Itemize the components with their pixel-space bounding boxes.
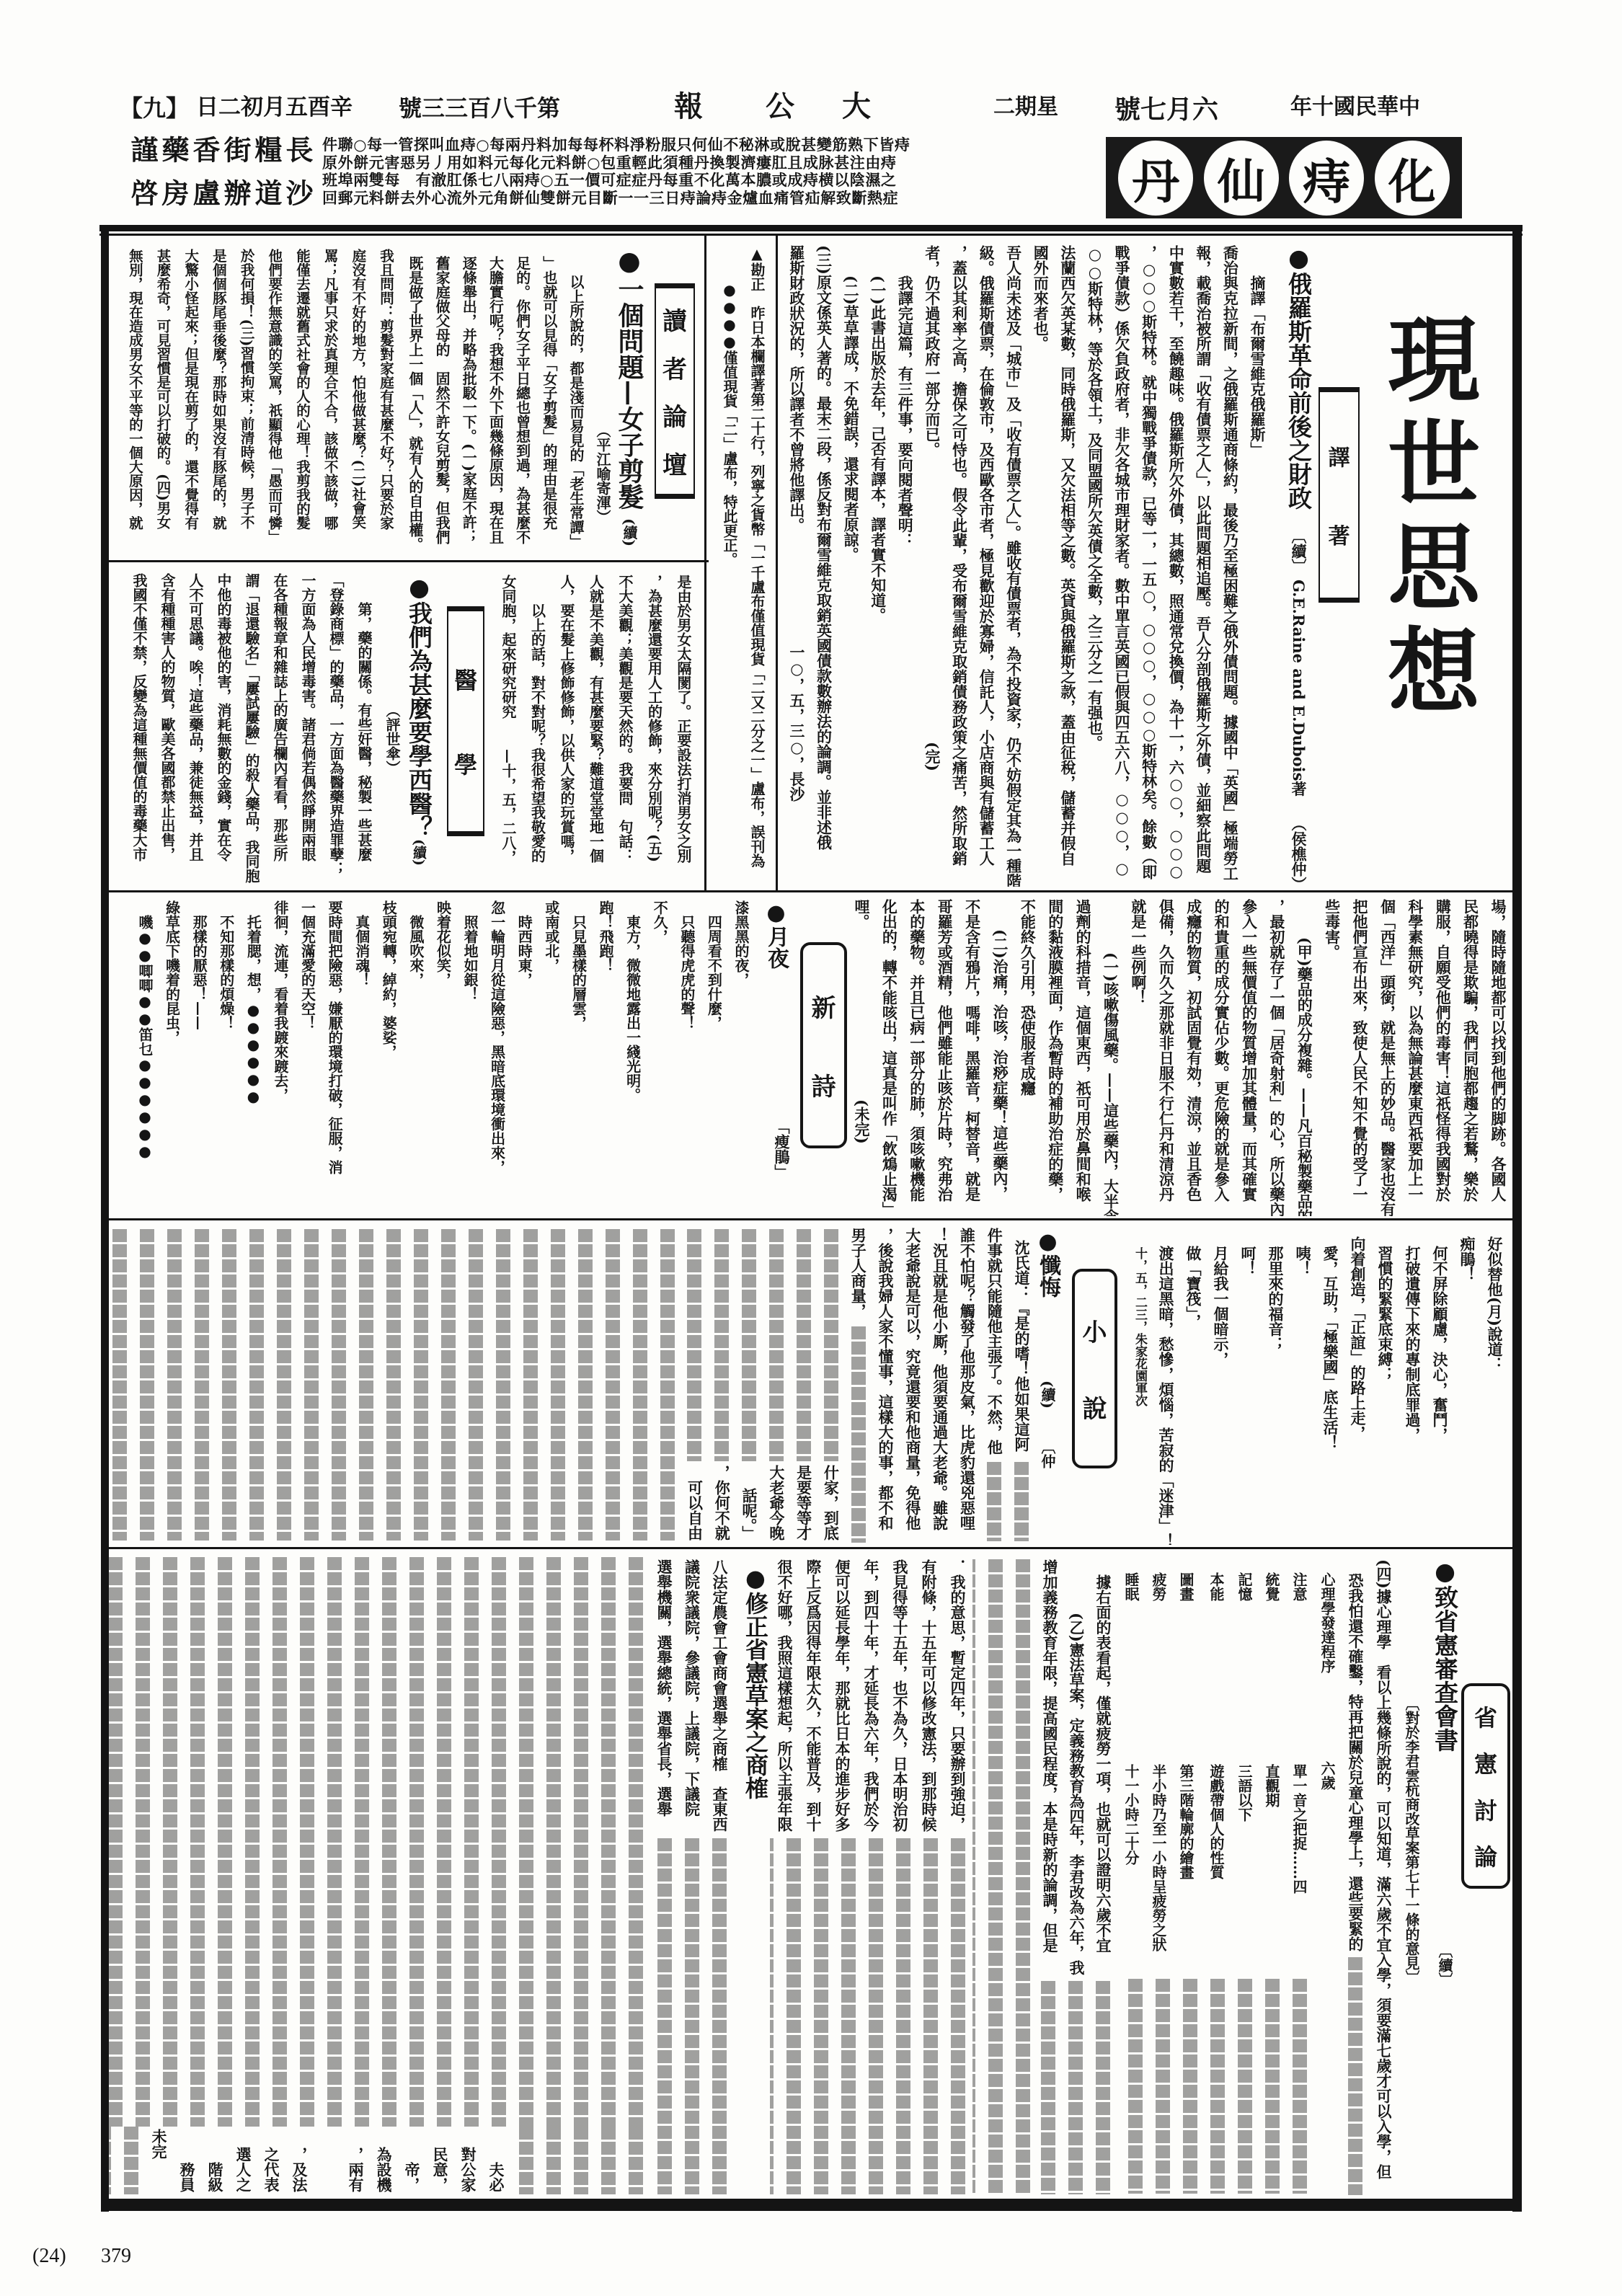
revision-text-column-tail: 夫必 — [482, 2162, 510, 2192]
label-char: 者 — [662, 350, 687, 385]
letter-text-column-text: (乙)憲法草案，定義務教育為四年，李君改為六年，我 — [1063, 1613, 1090, 1975]
medicine-text-column: 俱備，久而久之那就非日服不行仁丹和清涼丹 — [1152, 899, 1179, 1216]
poem-line: 不久， — [646, 900, 673, 1218]
new-poetry-label-box: 新 詩 — [800, 942, 847, 1148]
poem-line: 東方，微微地露出一綫光明。 — [619, 900, 646, 1218]
story-text-column-tail: 什家，到底 — [817, 1465, 845, 1541]
correction-text-column-text: ●●●●僅值現貨「二」盧布，特此更正。 — [716, 281, 743, 567]
poem-line: 愛，互助，「極樂國」底生活！ — [1316, 1236, 1344, 1545]
article-text-column-text: (一)此書出版於去年，己否有譯本，譯者實不知道。 — [864, 275, 892, 623]
article-text-column: 者，仍不過其政府一部分而已。(完) — [918, 245, 946, 887]
article-text-column: 法蘭西欠英某數，同時俄羅斯，又欠法相等之數。英貸與俄羅斯之款，蓋由征稅，儲蓄并假… — [1054, 245, 1081, 887]
medicine-text-column-text: 間的黏液膜裡面，作為暫時的補助治症的藥， — [1041, 899, 1068, 1202]
forum-text-column-text: 罵；凡事只求於真理合不合，該做不該做，哪 — [316, 249, 344, 530]
medicine-text-column: 謂「退還驗名」「屢試屢驗」的殺人藥品，我同胞 — [237, 573, 265, 887]
pill-ad-char-circle: 丹 — [1118, 141, 1193, 216]
forum-text-column: 不大美觀；美觀是要天然的。我要問 句話： — [611, 575, 640, 886]
revision-text-column-text: 八法定農會工會商會選舉之商榷 查東西 — [706, 1559, 734, 1832]
medicine-text-column-text: 成癮的物質，初試固覺有効，清涼，並且香色 — [1179, 899, 1207, 1202]
label-char: 譯 — [1329, 440, 1350, 471]
medicine-text-column-tail: (未完) — [848, 1099, 875, 1144]
table-row-label: 統覺 — [1258, 1572, 1285, 1601]
ad-name-column-text: 街辦 — [220, 136, 251, 210]
story-text-column-text: 沈氏道：『是的嗜！他如果這阿 — [1008, 1240, 1035, 1452]
forum-text-column: 以上的話，對不對呢？我很希望我敬愛的 — [523, 575, 552, 886]
forum-text-column-text: 人，要在髮上修飾修飾，以供人家的玩賞嗎， — [552, 575, 582, 863]
medicine-label-box: 醫 學 — [447, 606, 484, 836]
table-row-drawing: 圖畫 第三階輪廓的繪畫 — [1172, 1572, 1200, 1976]
forum-article-body-a: 以上所說的，都是淺而易見的「老生常譚」」也就可以見得「女子剪髮」的理由是很充足的… — [402, 256, 589, 559]
table-row-label: 記憶 — [1231, 1572, 1258, 1601]
poem-line-text: 忽一輪明月從這險惡，黑暗底環境衝出來， — [483, 900, 510, 1174]
poem-line-text: 好似替他(月)說道： — [1481, 1236, 1508, 1372]
poem-line-text: 只聽得虎虎的聲！ — [673, 915, 700, 1030]
label-char: 論 — [662, 397, 687, 433]
medicine-text-column: 化出的，轉不能咳出，這真是叫作「飲鴆止渴」 — [875, 899, 903, 1216]
article-text-column-text: 戰爭債款）係欠負政府者，非欠各城市理財家者。數中單言英國已假與四五六八，○○○，… — [1108, 245, 1135, 877]
article-body: 摘譯「布爾雪維克俄羅斯」喬治與克拉新間，之俄羅斯通商條約，最後乃至極困難之俄外債… — [783, 245, 1271, 887]
poem-line: 嘰●●唧唧●●笛乜●●●●●● — [130, 900, 158, 1218]
poem-line-text: 漆黑黑的夜， — [727, 900, 754, 987]
forum-text-column: 足的。你們女子平日總也曾想到過，為甚麼不 — [508, 256, 535, 559]
poem-line-text: 或南或北， — [537, 900, 564, 972]
poem-lines: 漆黑黑的夜，四周看不到什麼，只聽得虎虎的聲！不久，東方，微微地露出一綫光明。跑！… — [130, 900, 754, 1218]
table-title: 心理學發達程序 — [1313, 1572, 1341, 1673]
table-value-age6: 直觀期 — [1258, 1764, 1285, 1807]
ad-name-column-text: 長沙 — [282, 136, 313, 210]
medicine-text-column-text: 一方面為人民增毒害。諸君倘若偶然睜開兩眼 — [293, 573, 322, 861]
divider-band-3 — [109, 1547, 1512, 1549]
article-text-column-text: 羅斯財政狀況的，所以譯者不曾將他譯出。 — [783, 245, 810, 533]
forum-text-column-text: 是個個豚尾垂後麼？那時如果沒有豚尾的，就 — [204, 249, 232, 530]
poem-line: 一個充滿愛的天空！ — [293, 900, 321, 1218]
poem-line-text: 打破遺傳下來的專制底罪過， — [1399, 1246, 1426, 1442]
table-row-label: 本能 — [1202, 1572, 1230, 1601]
table-row-fatigue: 疲勞 半小時乃至一小時呈疲勞之狀 — [1145, 1572, 1172, 1976]
letter-text-column-text: 增加義務教育年限，提高國民程度，本是時新的論調，但是 — [1037, 1559, 1063, 1953]
medicine-text-column: 購服，自願受他們的毒害！這祇怪得我國對於 — [1429, 899, 1456, 1216]
medicine-text-column: 本的藥物。并且已病一部分的肺，須咳嗽機能 — [903, 899, 930, 1216]
table-row-sleep: 睡眠 十一小時二十分 — [1117, 1572, 1145, 1976]
poem-line: 做「寶筏」， — [1179, 1236, 1207, 1545]
story-text-column-text: ，後說我婦人家不懂事，這樣大的事，都不和 — [872, 1228, 899, 1530]
untranscribed-text-columns — [108, 2127, 145, 2194]
medicine-article-title: ●我們為甚麼要學西醫？ — [405, 573, 433, 839]
forum-text-column: 甚麼希奇，可見習慣是可以打破的。(四)男女 — [149, 249, 177, 557]
poem-line-text: 只見墨樣的層雲， — [564, 915, 592, 1030]
revision-text-column-tail: 選人之 — [229, 2147, 257, 2192]
constitution-label-box: 省 憲 討 論 — [1461, 1683, 1510, 1889]
forum-text-column-text: 大膽實行呢？我想不外下面幾條原因，現在且 — [482, 256, 508, 544]
continued-marker: (續) — [1039, 1380, 1056, 1409]
letter-heading: ●致省憲審查會書〔續〕 — [1432, 1557, 1457, 1987]
column-title: 現世思想 — [1378, 311, 1473, 727]
forum-text-column: 於我何損！(三)習慣拘束；前清時候，男子不 — [232, 249, 260, 557]
forum-text-column: 是個個豚尾垂後麼？那時如果沒有豚尾的，就 — [204, 249, 232, 557]
fiction-label-box: 小 說 — [1072, 1269, 1117, 1468]
article-text-column: 摘譯「布爾雪維克俄羅斯」 — [1244, 245, 1271, 887]
poem-line-text: 托着腮，想，●●●●●● — [239, 915, 267, 1105]
forum-article-body-c: 是由於男女太隔閡了。正要設法打消男女之別，為甚麼還要用人工的修飾，來分別呢？(五… — [493, 575, 698, 886]
poem-line: 跑！飛跑！ — [591, 900, 619, 1218]
article-text-column-text: 報，載喬治被所謂「收有債票之人」，以此問題相追壓。吾人分剖俄羅斯之外債，並細察此… — [1189, 245, 1217, 874]
medicine-text-column: 不能終久引用，恐使服者成癮 — [1014, 899, 1041, 1216]
untranscribed-text-columns — [980, 1462, 1035, 1541]
forum-article-title: ●一個問題—女子剪髮 — [614, 246, 644, 510]
fine-print-row: 件聯○每一管探叫血痔○每兩丹料加每每杯料淨粉服只何仙不秘淋或脫甚變筋熟下皆痔 — [322, 136, 1085, 154]
article-text-column-text: 我譯完這篇，有三件事，要向閱者聲明： — [892, 275, 919, 548]
medicine-text-column-text: 哥羅芳或酒精，他們雖能止咳於片時，究弗治 — [931, 899, 958, 1202]
article-text-column: 級。俄羅斯債票，在倫敦市，及西歐各市者，極見歡迎於寡婦，信託人，小店商與有儲蓄工… — [972, 245, 1000, 887]
frame-bottom — [101, 2199, 1522, 2211]
medicine-text-column: 的和貴重的成分實佔少數。更危險的就是參入 — [1207, 899, 1235, 1216]
article-text-column: 羅斯財政狀況的，所以譯者不曾將他譯出。一○，五，三○，長沙 — [783, 245, 810, 887]
poem-line-text: 月給我一個暗示， — [1207, 1246, 1234, 1367]
table-row-instinct: 本能 遊戲帶個人的性質 — [1202, 1572, 1230, 1976]
poem-line: 映着花似笑， — [429, 900, 456, 1218]
medicine-text-column-tail: （評世傘） — [378, 703, 406, 775]
story-text-column: 誰不怕呢？觸發了他那皮氣，比虎豹還兇惡哩 — [954, 1228, 981, 1543]
poem-line-text: 不久， — [646, 900, 673, 944]
untranscribed-text-columns — [681, 1229, 845, 1461]
letter-text-column-text: 便可以延長學年，那就比日本的進步好多 — [828, 1559, 856, 1832]
poem-line: 真個消魂！ — [347, 900, 375, 1218]
pill-ad-char-circle: 痔 — [1289, 141, 1364, 216]
folio-number: 379 — [101, 2245, 131, 2268]
article-text-column-text: 國外而來者也。 — [1027, 245, 1055, 351]
poem-line: 四周看不到什麼， — [700, 900, 727, 1218]
ad-name-column: 謹啓 — [127, 136, 158, 210]
poem-line: 綠草底下嘰着的昆虫， — [158, 900, 185, 1218]
poem-line-text: 照着地如銀！ — [456, 915, 483, 1001]
ad-name-column-text: 香盧 — [189, 136, 220, 210]
correction-text-column-text: ▲勘正 昨日本欄譯著第二十行，列寧之貨幣「一千盧布僅值現貨「二又二分之一」盧布，… — [743, 245, 771, 868]
pill-ad-char: 丹 — [1132, 143, 1179, 212]
poem-line-text: 向着創造，「正誼」的路上走， — [1344, 1236, 1371, 1441]
poem-line-text: 習慣的緊緊底束縛； — [1371, 1246, 1399, 1382]
medicine-text-column-text: 不能終久引用，恐使服者成癮 — [1014, 899, 1041, 1096]
continued-marker: (續) — [411, 839, 427, 866]
medicine-text-column-text: 謂「退還驗名」「屢試屢驗」的殺人藥品，我同胞 — [237, 573, 265, 883]
forum-article-heading: ●一個問題—女子剪髮(續) — [616, 246, 643, 546]
article-text-column: ，蓋以其利率之高，擔保之可恃也。假令此輩，受布爾雪維克取銷債務政策之痛苦，然所取… — [946, 245, 973, 887]
table-row-label: 注意 — [1285, 1572, 1313, 1601]
poem-author: 「瘦鵑」 — [774, 1119, 789, 1179]
article-text-column: 報，載喬治被所謂「收有債票之人」，以此問題相追壓。吾人分剖俄羅斯之外債，並細察此… — [1189, 245, 1217, 887]
poem-line: 打破遺傳下來的專制底罪過， — [1399, 1236, 1426, 1545]
forum-text-column-text: 不大美觀；美觀是要天然的。我要問 句話： — [611, 575, 640, 863]
continued-marker: 〔續〕 — [1436, 1943, 1453, 1987]
poem-line: 呵！ — [1234, 1236, 1262, 1545]
story-text-column-tail: 是要等等才 — [790, 1465, 817, 1541]
forum-text-column-text: 我且問問：剪髮對家庭有甚麼不好？只要於家 — [371, 249, 399, 530]
label-char: 討 — [1474, 1793, 1497, 1826]
continued-marker: (續) — [621, 518, 638, 546]
ad-name-column: 糧道 — [251, 136, 282, 210]
issue-marker: 【九】 — [120, 97, 189, 120]
poem-line: 漆黑黑的夜， — [727, 900, 754, 1218]
table-header-column: 心理學發達程序 六歲 — [1313, 1572, 1341, 1976]
medicine-text-column-text: 場，隨時隨地都可以找到他們的脚跡。各國人 — [1484, 899, 1512, 1202]
table-row-attention: 注意 單一音之把捉……四 — [1285, 1572, 1313, 1976]
forum-text-column: 人，要在髮上修飾修飾，以供人家的玩賞嗎， — [552, 575, 582, 886]
medicine-text-column: 參入一些無價值的物質增加其體量，而其確實 — [1235, 899, 1262, 1216]
story-text-column-tail: 話呢。」 — [735, 1488, 763, 1541]
untranscribed-text-columns — [1117, 1979, 1313, 2194]
poem-line-text: 痴鵑！ — [1453, 1236, 1481, 1282]
story-title: ●懺悔 — [1035, 1229, 1060, 1298]
ad-name-column-text: 謹啓 — [127, 136, 158, 210]
correction-notice: ▲勘正 昨日本欄譯著第二十行，列寧之貨幣「一千盧布僅值現貨「二又二分之一」盧布，… — [716, 245, 771, 887]
table-value-age6: 遊戲帶個人的性質 — [1202, 1764, 1230, 1879]
forum-article-author: （平江喻寄渾） — [595, 423, 611, 524]
letter-text-column: (四)據心理學 看以上幾條所說的，可以知道，滿六歲不宜入學，須要滿七歲才可以入學… — [1370, 1559, 1398, 2195]
revision-text-column-tail: 之代表 — [257, 2147, 285, 2192]
poem-line-text: 那樣的厭惡！—— — [185, 915, 213, 1030]
forum-text-column: 人就是不美觀，有甚麼要緊？難道堂堂地一個 — [581, 575, 611, 886]
letter-text-column-text: 據右面的表看起，僅就疲勞一項，也就可以證明六歲不宜 — [1090, 1574, 1117, 1953]
poem-line: 咦！ — [1289, 1236, 1316, 1545]
forum-text-column: 舊家庭做父母的 固然不許女兒剪髮，但我們 — [428, 256, 455, 559]
medicine-text-column: 我國不僅不禁，反變為這種無價值的毒藥大市 — [125, 573, 153, 887]
poem-line: 那樣的厭惡！—— — [185, 900, 213, 1218]
medicine-text-column-text: 不是含有鴉片，嗎啡，黑羅音，柯替音，就是 — [958, 899, 985, 1202]
forum-article-body-b: 我且問問：剪髮對家庭有甚麼不好？只要於家庭沒有不好的地方，怕他做甚麼？(二)社會… — [120, 249, 399, 557]
table-value-age6: 第三階輪廓的繪畫 — [1172, 1764, 1200, 1879]
untranscribed-text-columns — [108, 1229, 681, 1541]
letter-text-column-text: 恐我怕還不確鑿，特再把關於兒童心理學上，還些要緊的 — [1342, 1573, 1370, 1951]
story-text-column: 大老爺說是可以，究竟還要和他商量，免得他 — [899, 1228, 926, 1543]
medicine-text-column: ，最初就存了一個「居奇射利」的心，所以藥內 — [1262, 899, 1290, 1216]
forum-text-column-text: 甚麼希奇，可見習慣是可以打破的。(四)男女 — [149, 249, 177, 529]
pharmacy-ad-fine-print: 件聯○每一管探叫血痔○每兩丹料加每每杯料淨粉服只何仙不秘淋或脫甚變筋熟下皆痔 原… — [322, 136, 1085, 207]
revision-text-column-text: 選舉機關，選舉總統，選舉省長，選舉 — [650, 1559, 678, 1817]
poem-line: 向着創造，「正誼」的路上走， — [1344, 1236, 1371, 1545]
article-text-column-text: 吾人尚未述及「城市」及「收有債票之人」。雖收有債票者，為不投資家，仍不妨假定其為… — [1000, 245, 1027, 887]
medicine-text-column-text: 把他們宣布出來，致使人民不知不覺的受了一 — [1346, 899, 1373, 1202]
forum-text-column-text: 人就是不美觀，有甚麼要緊？難道堂堂地一個 — [581, 575, 611, 863]
article-text-column: 戰爭債款）係欠負政府者，非欠各城市理財家者。數中單言英國已假與四五六八，○○○，… — [1108, 245, 1135, 887]
revision-text-column-tail: ，兩有 — [342, 2147, 370, 2192]
table-value-age6: 三語以下 — [1231, 1764, 1258, 1822]
article-text-column: 喬治與克拉新間，之俄羅斯通商條約，最後乃至極困難之俄外債問題。據國中「英國」極端… — [1217, 245, 1244, 887]
poem-line-text: 愛，互助，「極樂國」底生活！ — [1316, 1246, 1344, 1450]
poem-line-text: 渡出這黑暗，愁慘，煩惱，苦寂的「迷津」！ — [1152, 1246, 1179, 1545]
table-row-memory: 記憶 三語以下 — [1231, 1572, 1258, 1976]
medicine-text-column-text: 個「西洋」頭銜，就是無上的妙品。醫家也沒有 — [1373, 899, 1401, 1216]
revision-text-column-tail: 對公家 — [454, 2147, 482, 2192]
revision-text-column-tail: 為設機 — [370, 2147, 398, 2192]
poem-line: 徘徊，流連，看着我踱來踱去， — [266, 900, 293, 1218]
article-text-column: 國外而來者也。 — [1027, 245, 1055, 887]
story-text-column-text: ！況且就是他小厮，他須要通過大老爺。雖說 — [926, 1228, 954, 1530]
forum-text-column-text: 足的。你們女子平日總也曾想到過，為甚麼不 — [508, 256, 535, 544]
letter-text-column-text: 有附條，十五年可以修改憲法，到那時候 — [914, 1559, 943, 1832]
continued-marker: 〔續〕 — [1290, 528, 1308, 574]
correction-text-column: ▲勘正 昨日本欄譯著第二十行，列寧之貨幣「一千盧布僅值現貨「二又二分之一」盧布，… — [743, 245, 771, 887]
medicine-text-column-text: 本的藥物。并且已病一部分的肺，須咳嗽機能 — [903, 899, 930, 1202]
pill-ad-banner: 化 痔 仙 丹 — [1106, 137, 1462, 218]
letter-text-column-text: ．我的意思，暫定四年，只要辦到強迫， — [943, 1559, 972, 1832]
story-text-column-text: 誰不怕呢？觸發了他那皮氣，比虎豹還兇惡哩 — [954, 1228, 981, 1530]
medicine-text-column: 把他們宣布出來，致使人民不知不覺的受了一 — [1346, 899, 1373, 1216]
forum-text-column-text: 庭沒有不好的地方，怕他做甚麼？(二)社會笑 — [344, 249, 372, 529]
poem-line-text: 呵！ — [1234, 1246, 1262, 1276]
medicine-text-column-text: ，最初就存了一個「居奇射利」的心，所以藥內 — [1262, 899, 1290, 1216]
medicine-text-column: 間的黏液膜裡面，作為暫時的補助治症的藥， — [1041, 899, 1068, 1216]
article-text-column-text: 法蘭西欠英某數，同時俄羅斯，又欠法相等之數。英貸與俄羅斯之款，蓋由征稅，儲蓄并假… — [1054, 245, 1081, 866]
article-text-column: 中實數若干，至饒趣味。俄羅斯所欠外債，其總數，照通常兌換價，為十一，六○○，○○… — [1163, 245, 1190, 887]
forum-text-column: 無別，現在造成男女不平等的一個大原因，就 — [120, 249, 149, 557]
forum-text-column: 我且問問：剪髮對家庭有甚麼不好？只要於家 — [371, 249, 399, 557]
forum-text-column-text: 逐條舉出，并略為批駁一下。(一)家庭不許； — [455, 256, 482, 544]
revision-text-column-tail: 未完 — [145, 2129, 173, 2159]
poem-line-text: 映着花似笑， — [429, 900, 456, 987]
medicine-text-column-text: 第，藥的關係。有些奸醫，秘製一些甚麼 — [350, 602, 378, 861]
article-text-column-text: ○○斯特林，等於各領土，及同盟國所欠英債之全數，之三分之一有强也。 — [1081, 245, 1109, 750]
letter-subtitle: 〔對於李君雲杭商改草案第七十一條的意見〕 — [1404, 1696, 1419, 1985]
medicine-text-column-text: 「登錄商標」的藥品，一方面為醫藥界造罪孽； — [322, 573, 350, 876]
label-char: 新 — [812, 988, 836, 1024]
medicine-text-column: 在各種報章和雜誌上的廣告欄內看看，那些所 — [265, 573, 293, 887]
weekday: 星期二 — [993, 97, 1058, 118]
poem-line: 痴鵑！ — [1453, 1236, 1481, 1545]
forum-text-column: 逐條舉出，并略為批駁一下。(一)家庭不許； — [455, 256, 482, 559]
ad-name-column: 藥房 — [158, 136, 189, 210]
label-char: 小 — [1083, 1313, 1107, 1348]
letter-text-column-text: 際上反爲因得年限太久，不能普及，到十 — [799, 1559, 828, 1832]
poem-title: ●月夜 — [764, 900, 787, 969]
poem-lines-continued: 好似替他(月)說道：痴鵑！何不屏除顧慮，決心，奮鬥，打破遺傳下來的專制底罪過，習… — [1152, 1236, 1508, 1545]
section-page-number: (24) — [32, 2245, 66, 2268]
forum-text-column: 能僅去遷就舊式社會的人的心理！我剪我的髮 — [288, 249, 316, 557]
forum-text-column-text: 既是做了世界上一個「人」，就有人的自由權。 — [402, 256, 428, 551]
correction-text-column: ●●●●僅值現貨「二」盧布，特此更正。 — [716, 245, 743, 887]
article-text-column: (三)原文係英人著的。最末二段，係反對布爾雪維克取銷英國債款數辦法的論調。並非述… — [810, 245, 838, 887]
article-title: ●俄羅斯革命前後之財政 — [1285, 244, 1313, 510]
table-row-label: 疲勞 — [1145, 1572, 1172, 1601]
table-value-age6: 十一小時二十分 — [1117, 1764, 1145, 1865]
poem-line: 習慣的緊緊底束縛； — [1371, 1236, 1399, 1545]
forum-text-column-text: 是由於男女太隔閡了。正要設法打消男女之別 — [669, 575, 699, 863]
article-text-column: (二)草草譯成，不免錯誤，還求閱者原諒。 — [838, 245, 865, 887]
medicine-text-column-text: 科學素無研究，以為無論甚麼東西祇要加上一 — [1401, 899, 1428, 1202]
pharmacy-ad-name: 長沙糧道街辦香盧藥房謹啓 — [127, 136, 313, 210]
article-text-column-text: 喬治與克拉新間，之俄羅斯通商條約，最後乃至極困難之俄外債問題。據國中「英國」極端… — [1217, 245, 1244, 881]
label-char: 詩 — [812, 1067, 836, 1102]
poem-line: 或南或北， — [537, 900, 564, 1218]
paper-name-char: 公 — [766, 92, 794, 121]
paper-name-char: 報 — [674, 92, 703, 121]
poem-line-text: 枝頭宛轉，綽約，婆娑， — [375, 900, 402, 1059]
story-text-column-text: 件事就只能隨他主張了。不然，他 — [980, 1228, 1008, 1455]
poem-line: 月給我一個暗示， — [1207, 1236, 1234, 1545]
poem-line-text: 微風吹來， — [402, 915, 429, 987]
pill-ad-char-circle: 化 — [1375, 141, 1450, 216]
medicine-text-column: 「登錄商標」的藥品，一方面為醫藥界造罪孽； — [322, 573, 350, 887]
article-text-column-text: 摘譯「布爾雪維克俄羅斯」 — [1244, 275, 1271, 457]
frame-top-thin — [99, 234, 1523, 236]
poem-signoff: 十，五，二三，朱家花園軍次 — [1133, 1247, 1146, 1406]
forum-text-column-text: 」也就可以見得「女子剪髮」的理由是很充 — [536, 256, 562, 530]
medicine-text-column-text: (一)咳嗽傷風藥。——這些藥內，大半含有 — [1096, 952, 1124, 1217]
medicine-text-column-text: 些毒害。 — [1318, 899, 1345, 959]
article-text-column-text: ，蓋以其利率之高，擔保之可恃也。假令此輩，受布爾雪維克取銷債務政策之痛苦，然所取… — [946, 245, 973, 866]
forum-text-column-text: 以上所說的，都是淺而易見的「老生常譚」 — [562, 275, 589, 549]
medicine-text-column: 人不可思議。唉！這些藥品，兼徒無益，并且 — [181, 573, 209, 887]
forum-text-column-text: 舊家庭做父母的 固然不許女兒剪髮，但我們 — [428, 256, 455, 544]
medicine-text-column: (一)咳嗽傷風藥。——這些藥內，大半含有 — [1096, 899, 1124, 1216]
divider-forum-medicine — [109, 560, 709, 562]
medicine-text-column: 過劑的科措音，這個東西，祇可用於鼻間和喉 — [1069, 899, 1096, 1216]
medicine-article-heading: ●我們為甚麼要學西醫？(續) — [406, 573, 432, 866]
issue-number: 第千八百三三號 — [399, 97, 560, 120]
forum-text-column-text: 無別，現在造成男女不平等的一個大原因，就 — [120, 249, 149, 530]
medicine-text-column: 就是一些例啊！ — [1125, 899, 1152, 1216]
medicine-text-column-text: 過劑的科措音，這個東西，祇可用於鼻間和喉 — [1069, 899, 1096, 1202]
forum-text-column-text: 以上的話，對不對呢？我很希望我敬愛的 — [523, 603, 552, 863]
forum-text-column-text: 他們要作無意識的笑罵，祇顯得他「愚而可憐」 — [260, 249, 288, 544]
poem-line: 那里來的福音； — [1262, 1236, 1289, 1545]
poem-line: 微風吹來， — [402, 900, 429, 1218]
pill-ad-char: 痔 — [1303, 143, 1350, 212]
table-value-age6: 半小時乃至一小時呈疲勞之狀 — [1145, 1764, 1172, 1951]
story-text-column: ！況且就是他小厮，他須要通過大老爺。雖說 — [926, 1228, 954, 1543]
forum-text-column: 大驚小怪起來；但是現在剪了的，還不覺得有 — [177, 249, 205, 557]
article-text-column-tail: 一○，五，三○，長沙 — [783, 644, 810, 802]
medicine-text-column: 第，藥的關係。有些奸醫，秘製一些甚麼 — [350, 573, 378, 887]
medicine-text-column-text: 參入一些無價值的物質增加其體量，而其確實 — [1235, 899, 1262, 1202]
medicine-text-column-text: 化出的，轉不能咳出，這真是叫作「飲鴆止渴」 — [875, 899, 903, 1216]
article-text-column: 吾人尚未述及「城市」及「收有債票之人」。雖收有債票者，為不投資家，仍不妨假定其為… — [1000, 245, 1027, 887]
poem-line: 忽一輪明月從這險惡，黑暗底環境衝出來， — [483, 900, 510, 1218]
forum-text-column: 以上所說的，都是淺而易見的「老生常譚」 — [562, 256, 589, 559]
medicine-text-column: 個「西洋」頭銜，就是無上的妙品。醫家也沒有 — [1373, 899, 1401, 1216]
forum-text-column: 既是做了世界上一個「人」，就有人的自由權。 — [402, 256, 428, 559]
medicine-text-column: 場，隨時隨地都可以找到他們的脚跡。各國人 — [1484, 899, 1512, 1216]
medicine-text-column: (二)治痛，治咳，治痧症藥！這些藥內， — [986, 899, 1014, 1216]
lunar-date: 辛酉五月初二日 — [196, 97, 353, 119]
label-char: 說 — [1083, 1389, 1107, 1424]
fine-print-row: 班埠兩雙每 有澈肛係七八兩痔○五一價可症症丹每重不化萬本膿或成痔横以陰濕之 — [322, 172, 1085, 190]
medicine-text-column-text: (二)治痛，治咳，治痧症藥！這些藥內， — [986, 929, 1014, 1201]
article-text-column: ○○斯特林，等於各領土，及同盟國所欠英債之全數，之三分之一有强也。 — [1081, 245, 1109, 887]
table-row-apperception: 統覺 直觀期 — [1258, 1572, 1285, 1976]
untranscribed-text-columns — [108, 1557, 650, 2127]
untranscribed-text-columns — [770, 1838, 972, 2194]
medicine-text-column: (甲)藥品的成分複雜。——凡百秘製藥品的 — [1290, 899, 1318, 1216]
label-char: 憲 — [1474, 1746, 1497, 1779]
gregorian-date: 六月七號 — [1114, 97, 1218, 123]
republic-year: 中華民國十年 — [1290, 97, 1420, 118]
poem-line-text: 一個充滿愛的天空！ — [293, 900, 321, 1030]
medicine-text-column-text: 民都曉得是欺騙，我們同胞都趨之若鶩，樂於 — [1456, 899, 1484, 1202]
poem-line: 不知那樣的煩燥！ — [212, 900, 239, 1218]
revision-text-column-text: 議院衆議院，參議院，上議院，下議院 — [678, 1559, 706, 1817]
article-heading: ●俄羅斯革命前後之財政〔續〕G.E.Raine and E.Dubois著（侯樵… — [1285, 244, 1311, 892]
label-char: 著 — [1329, 518, 1350, 550]
table-row-label: 圖畫 — [1172, 1572, 1200, 1601]
paper-name-char: 大 — [842, 92, 871, 121]
story-text-column-tail: 可以自由 — [681, 1480, 708, 1541]
poem-line-text: 東方，微微地露出一綫光明。 — [619, 915, 646, 1102]
poem-line: 照着地如銀！ — [456, 900, 483, 1218]
table-age-label: 六歲 — [1313, 1761, 1341, 1790]
letter-title: ●致省憲審查會書 — [1431, 1557, 1459, 1752]
fine-print-row: 回郵元料餅去外心流外元角餅仙雙餅元目斷一一三日痔論痔金爐血痛管疝解致斷熱症 — [322, 190, 1085, 208]
medicine-text-column: 哥羅芳或酒精，他們雖能止咳於片時，究弗治 — [931, 899, 958, 1216]
label-char: 論 — [1474, 1839, 1497, 1872]
